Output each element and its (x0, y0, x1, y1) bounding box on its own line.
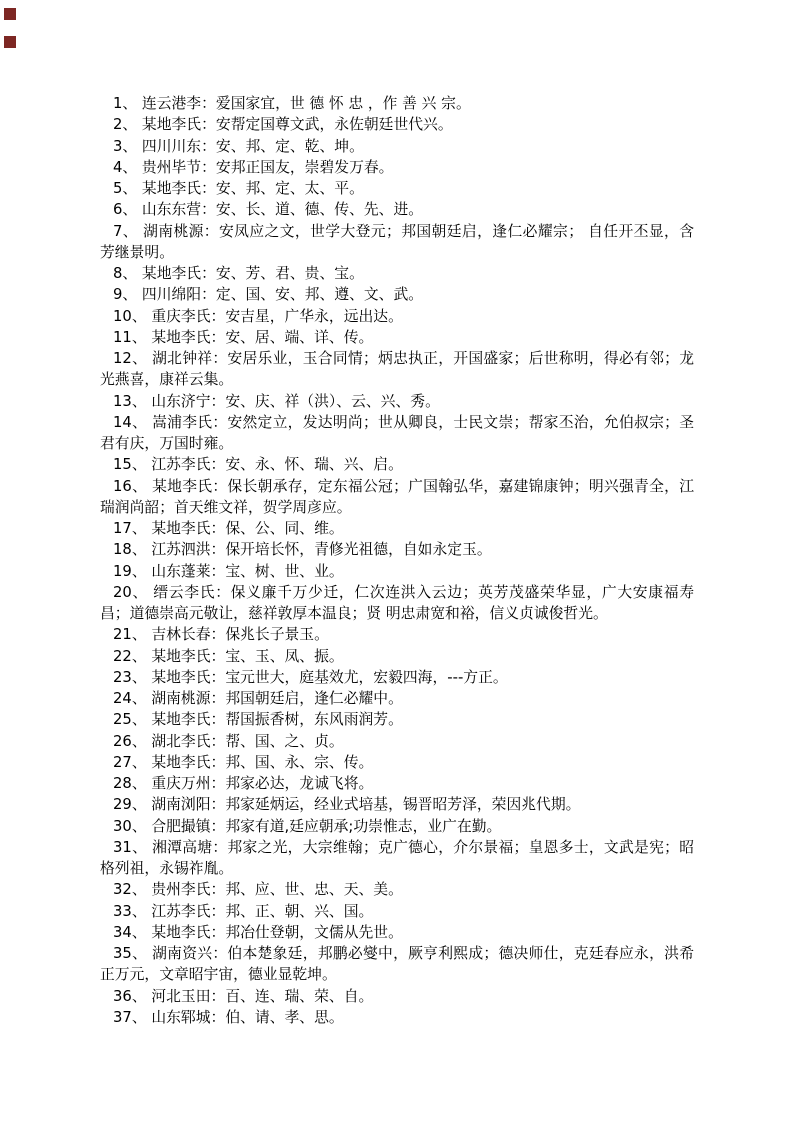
list-item: 8、 某地李氏：安、芳、君、贵、宝。 (100, 263, 694, 284)
document-page: 1、 连云港李：爱国家宜，世 德 怀 忠 ，作 善 兴 宗。2、 某地李氏：安帮… (0, 0, 794, 1123)
list-item: 22、 某地李氏：宝、玉、凤、振。 (100, 646, 694, 667)
list-item: 29、 湖南浏阳：邦家延炳运，经业式培基，锡晋昭芳泽，荣因兆代期。 (100, 794, 694, 815)
list-item: 17、 某地李氏：保、公、同、维。 (100, 518, 694, 539)
list-item: 4、 贵州毕节：安邦正国友，崇碧发万春。 (100, 157, 694, 178)
list-item: 30、 合肥撮镇：邦家有道,廷应朝承;功崇惟志，业广在勤。 (100, 816, 694, 837)
list-item: 32、 贵州李氏：邦、应、世、忠、天、美。 (100, 879, 694, 900)
list-item: 27、 某地李氏：邦、国、永、宗、传。 (100, 752, 694, 773)
list-item: 12、 湖北钟祥：安居乐业，玉合同情；炳忠执正，开国盛家；后世称明，得必有邻；龙… (100, 348, 694, 391)
list-item: 5、 某地李氏：安、邦、定、太、平。 (100, 178, 694, 199)
list-item: 1、 连云港李：爱国家宜，世 德 怀 忠 ，作 善 兴 宗。 (100, 93, 694, 114)
list-item: 37、 山东郓城：伯、请、孝、思。 (100, 1007, 694, 1028)
list-item: 26、 湖北李氏：帮、国、之、贞。 (100, 731, 694, 752)
list-item: 36、 河北玉田：百、连、瑞、荣、自。 (100, 986, 694, 1007)
list-item: 18、 江苏泗洪：保开培长怀，青修光祖德，自如永定玉。 (100, 539, 694, 560)
small-red-square-mark (4, 36, 16, 48)
list-item: 23、 某地李氏：宝元世大，庭基效尤，宏毅四海，---方正。 (100, 667, 694, 688)
small-red-square-mark (4, 8, 16, 20)
list-item: 24、 湖南桃源：邦国朝廷启，逢仁必耀中。 (100, 688, 694, 709)
list-item: 20、 缙云李氏：保义廉千万少迁，仁次连洪入云边；英芳茂盛荣华显，广大安康福寿昌… (100, 582, 694, 625)
genealogy-list: 1、 连云港李：爱国家宜，世 德 怀 忠 ，作 善 兴 宗。2、 某地李氏：安帮… (100, 93, 694, 1028)
list-item: 34、 某地李氏：邦冶仕登朝，文儒从先世。 (100, 922, 694, 943)
list-item: 11、 某地李氏：安、居、端、详、传。 (100, 327, 694, 348)
list-item: 15、 江苏李氏：安、永、怀、瑞、兴、启。 (100, 454, 694, 475)
list-item: 10、 重庆李氏：安吉星，广华永，远出达。 (100, 306, 694, 327)
list-item: 25、 某地李氏：帮国振香树，东风雨润芳。 (100, 709, 694, 730)
list-item: 35、 湖南资兴：伯本楚象廷，邦鹏必燮中，厥亨利熙成；德决师仕，克廷春应永，洪希… (100, 943, 694, 986)
list-item: 33、 江苏李氏：邦、正、朝、兴、国。 (100, 901, 694, 922)
list-item: 14、 嵩浦李氏：安然定立，发达明尚；世从卿良，士民文崇；帮家丕治，允伯叔宗；圣… (100, 412, 694, 455)
list-item: 7、 湖南桃源：安凤应之文，世学大登元；邦国朝廷启，逢仁必耀宗； 自任开丕显，含… (100, 221, 694, 264)
list-item: 9、 四川绵阳：定、国、安、邦、遵、文、武。 (100, 284, 694, 305)
list-item: 21、 吉林长春：保兆长子景玉。 (100, 624, 694, 645)
list-item: 31、 湘潭高塘：邦家之光，大宗维翰；克广德心，介尔景福；皇恩多士，文武是宪；昭… (100, 837, 694, 880)
list-item: 6、 山东东营：安、长、道、德、传、先、进。 (100, 199, 694, 220)
list-item: 2、 某地李氏：安帮定国尊文武，永佐朝廷世代兴。 (100, 114, 694, 135)
list-item: 13、 山东济宁：安、庆、祥（洪）、云、兴、秀。 (100, 391, 694, 412)
list-item: 19、 山东蓬莱：宝、树、世、业。 (100, 561, 694, 582)
list-item: 16、 某地李氏：保长朝承存，定东福公冠；广国翰弘华，嘉建锦康钟；明兴强青全，江… (100, 476, 694, 519)
list-item: 28、 重庆万州：邦家必达，龙诚飞将。 (100, 773, 694, 794)
list-item: 3、 四川川东：安、邦、定、乾、坤。 (100, 136, 694, 157)
